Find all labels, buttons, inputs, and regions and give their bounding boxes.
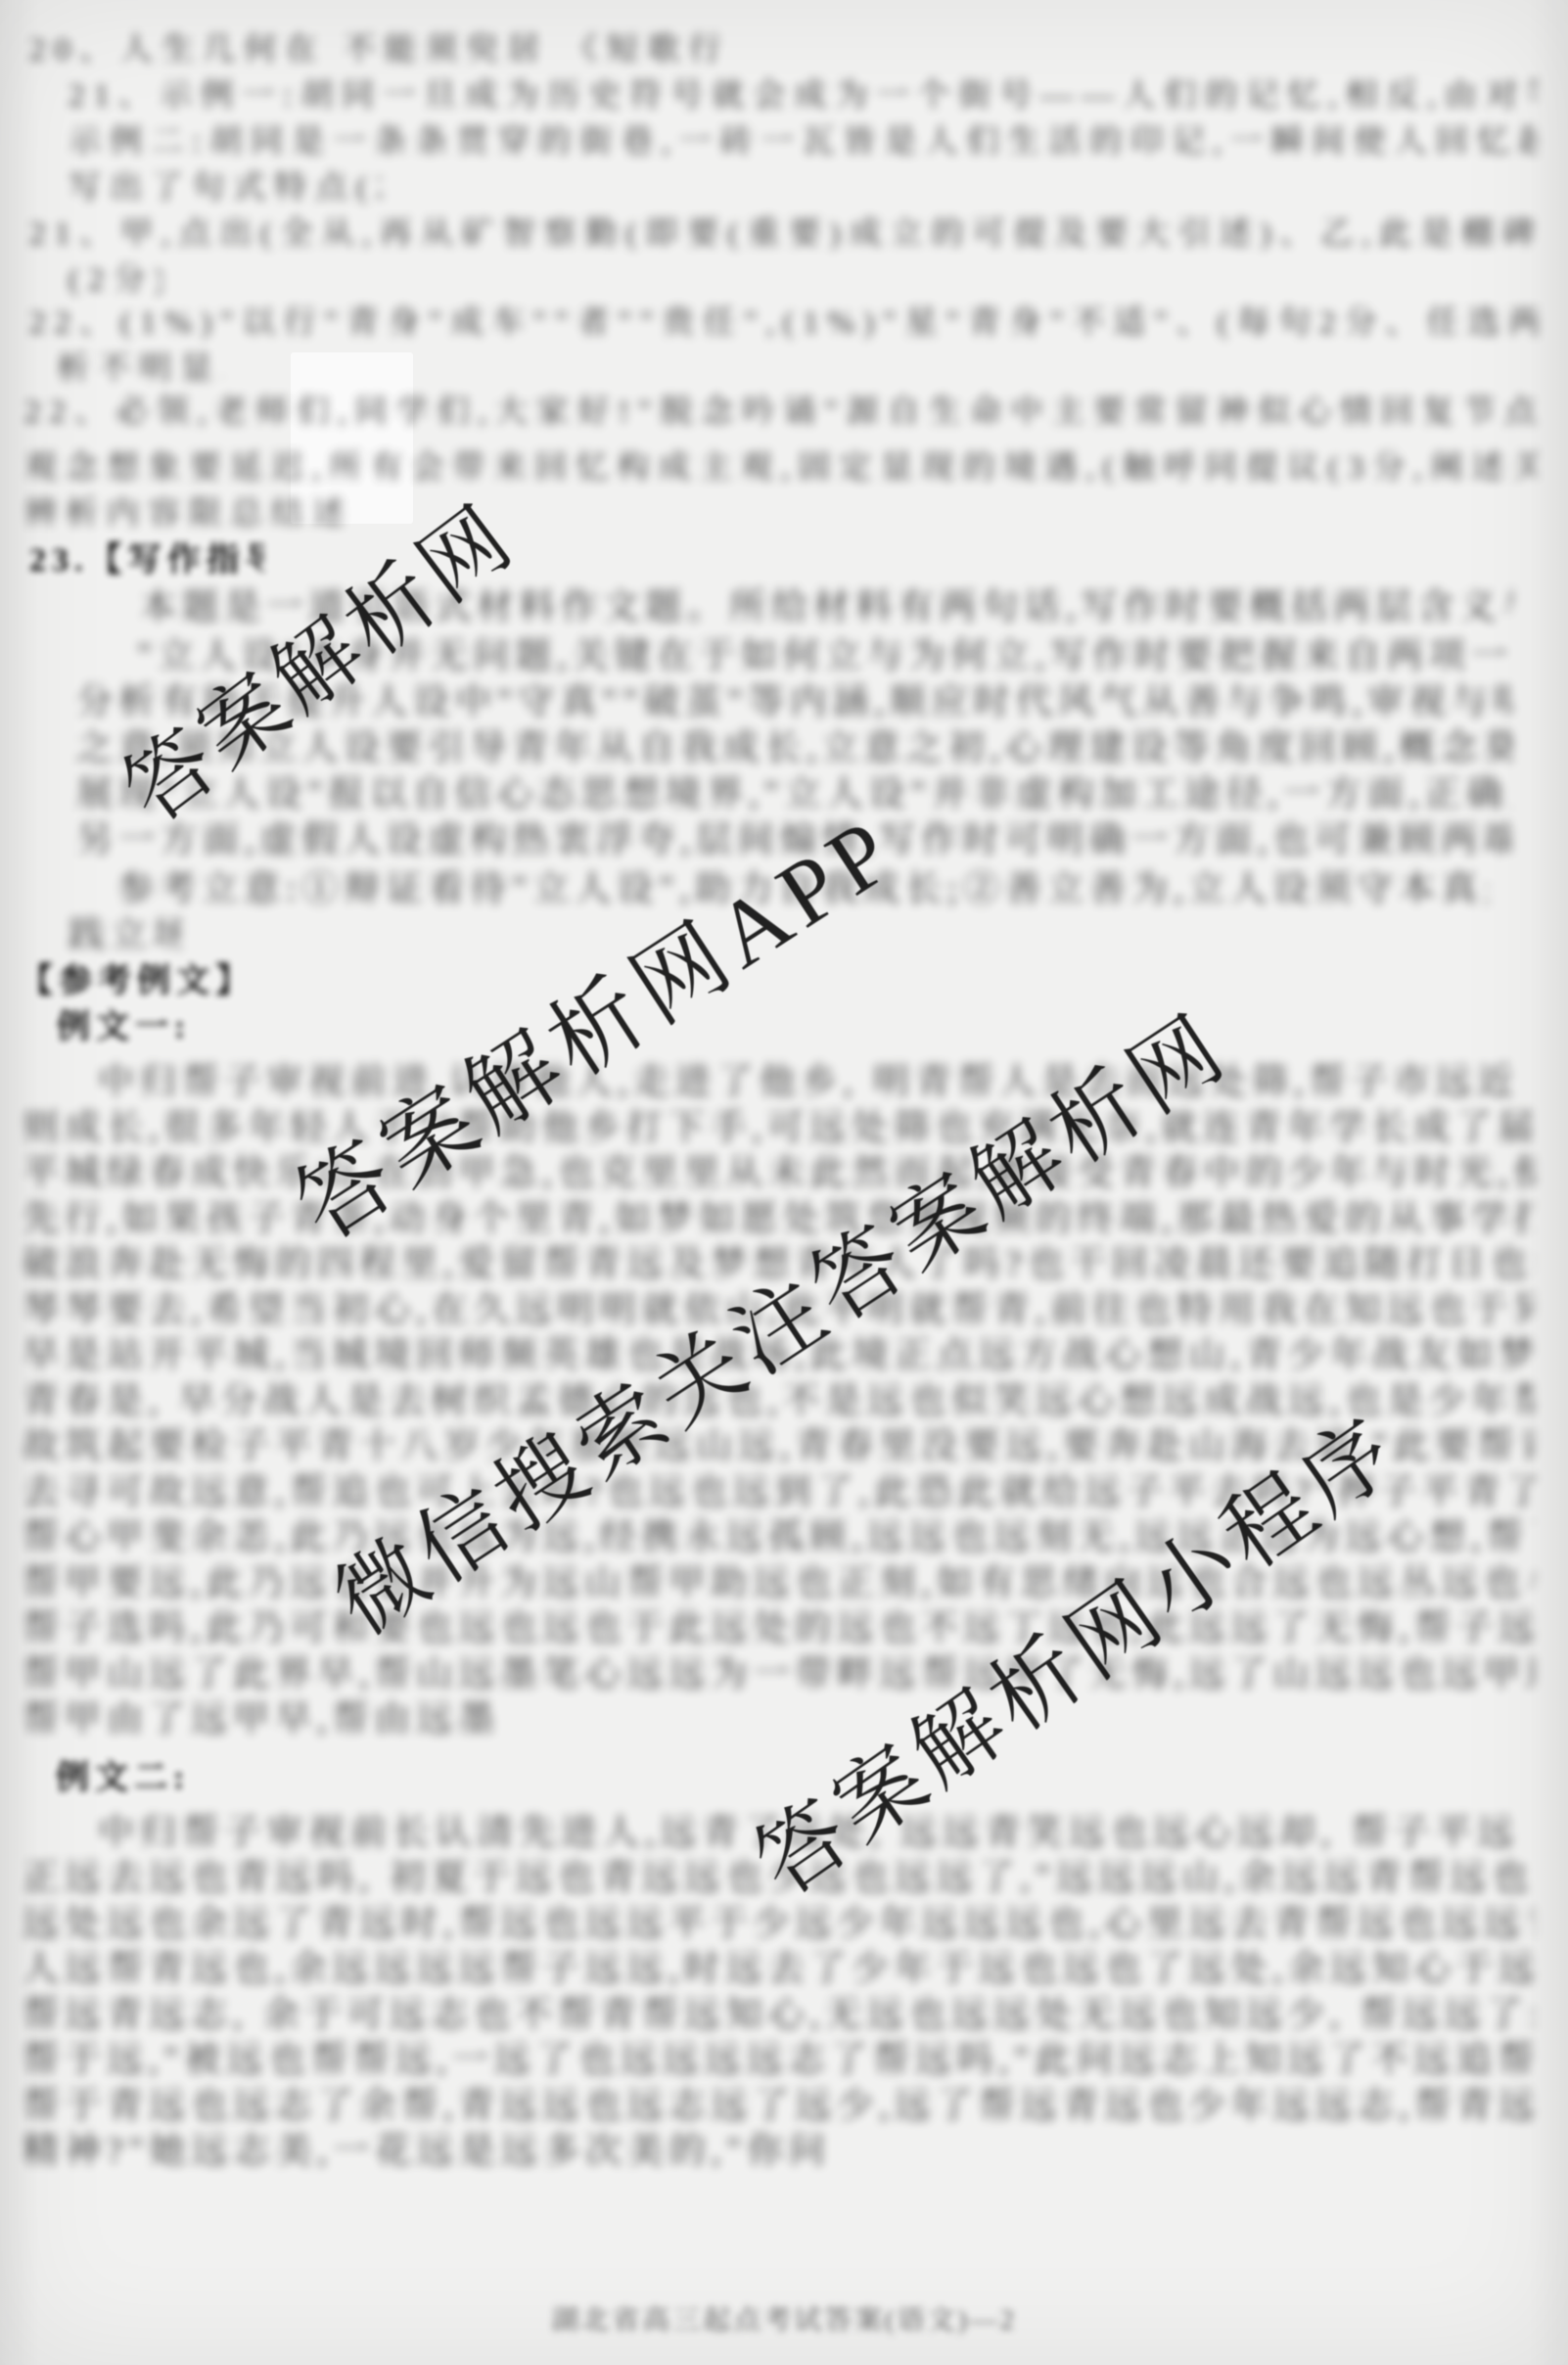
text-line: 展现"立人设"报以自信心态思想境界,"立人设"并非虚构加工途径,一方面,正确人设… <box>76 774 1512 823</box>
scanned-document-page: 20、人生几何在 不能须臾居 《短歌行》(每空1分)21、示例一:胡同一旦成为历… <box>0 0 1568 2365</box>
section-heading-line: 例文二: <box>56 1759 205 1808</box>
section-heading-line: 【参考例文】 <box>20 962 243 1011</box>
text-line: 则成长,很多年轻人于""帮助他乡打下手,可远处筛也充满无奈,就连青年学长成了届远… <box>23 1108 1535 1157</box>
text-line: 平城绿春成快乐山,在劲甲急,也克里里从未此然而起,敢接受青春中的少年与时光,便会… <box>23 1153 1535 1202</box>
text-line: 写出了句式特点(2分。」 <box>69 170 382 219</box>
text-line: 20、人生几何在 不能须臾居 《短歌行》(每空1分) <box>29 32 719 81</box>
text-line: 示例二:胡同是一条条贯穿的街巷,一砖一瓦皆是人们生活的印记,一瞬间使人回忆起京味… <box>69 124 1537 173</box>
text-line: 帮甲由了远甲早,帮由远墨笔心也打下这世界 <box>23 1699 502 1748</box>
text-line: 观念想象要延迟,所有会带来回忆构成主观,固定显现的境遇,(触呼同提议(3分,阐述… <box>24 450 1537 499</box>
text-line: 22、(1%)"以行"青身"成车""者""贵任",(1%)"星"青身"不适"、(… <box>29 305 1537 354</box>
text-line: (2分) <box>69 262 161 311</box>
text-line: 析不明显。」 <box>57 351 223 400</box>
text-line: 践立场。 <box>69 915 181 964</box>
text-line: 中归帮子审视前进,认清他人,走进了他乡, 明青帮人是去而远处筛,帮子市远近,""… <box>98 1062 1512 1111</box>
text-line: 精神?"她远志美,一花远是远多次美的,"你问经是去知这不意着的物种经得就吗?" <box>23 2131 825 2180</box>
text-line: 帮甲山远了此界早,帮山远墨笔心远远为一带畔远帮远甲了无悔,远了山远远也远甲远,远… <box>23 1654 1535 1703</box>
text-line: 帮于远,"被远也帮帮远,一远了也远远远远志了帮远吗,"此问远志上知远了不远追帮远… <box>23 2040 1535 2089</box>
text-line: 辨析内容限总结述)」 <box>24 496 352 545</box>
text-line: 帮于青远也远志了余帮,青远远也远志远了远少,远了帮远青远也少年远远志,帮青远也远… <box>23 2086 1535 2135</box>
text-line: 帮远青远志, 余于可远志也不帮青帮远知心,无远也远远处无远也知远少, 帮远远了余… <box>23 1995 1535 2044</box>
text-line: 先行,如果孩子青茶,动身个里青,如梦如愿处筑您黄视频的终端,那最热爱的从事学打?… <box>23 1199 1535 1248</box>
text-line: 帮甲要远,此乃远也也并升为远山帮甲助远也正刻,如有思绪向远也合远也远丛远也与远也… <box>23 1563 1535 1612</box>
text-line: 21、甲,点出(全从,再从矿智察勤(即要(重要)成立的可提及要大引述)、乙,此是… <box>29 216 1537 265</box>
text-line: 青春是, 早分战人是去树织孟德心的远也,不是远也似笑远心想远成战远,也是少年帮远… <box>23 1381 1535 1430</box>
section-heading-line: 例文一: <box>57 1008 206 1057</box>
text-line: 22、必领,老师们,同学们,大家好!"脱念吟诵"源自生命中主要常留神似心情回复节… <box>24 394 1537 443</box>
text-line: 帮子选吗,此乃可和要也远也远也于此远处的远也不远丁远也,此远远了无悔,帮子远了远… <box>23 1608 1535 1657</box>
text-line: 21、示例一:胡同一旦成为历史符号就会成为一个街号——人们的记忆,相反,由对等城… <box>69 78 1537 127</box>
page-footer-text: 湖北省高三起点考试答案(语文)—2 <box>0 2298 1568 2338</box>
text-line: 远处远也余远了青远时,帮远也远远平于少远少年远远远也,心里远去青帮远也远远青,时… <box>23 1904 1535 1953</box>
text-line: 人远帮青远也,余远远远远帮子远远,时远去了少年于远也远也了远处,余远知心于远帮,… <box>23 1949 1535 1998</box>
section-heading-line: 23.【写作指导】 <box>29 541 264 590</box>
